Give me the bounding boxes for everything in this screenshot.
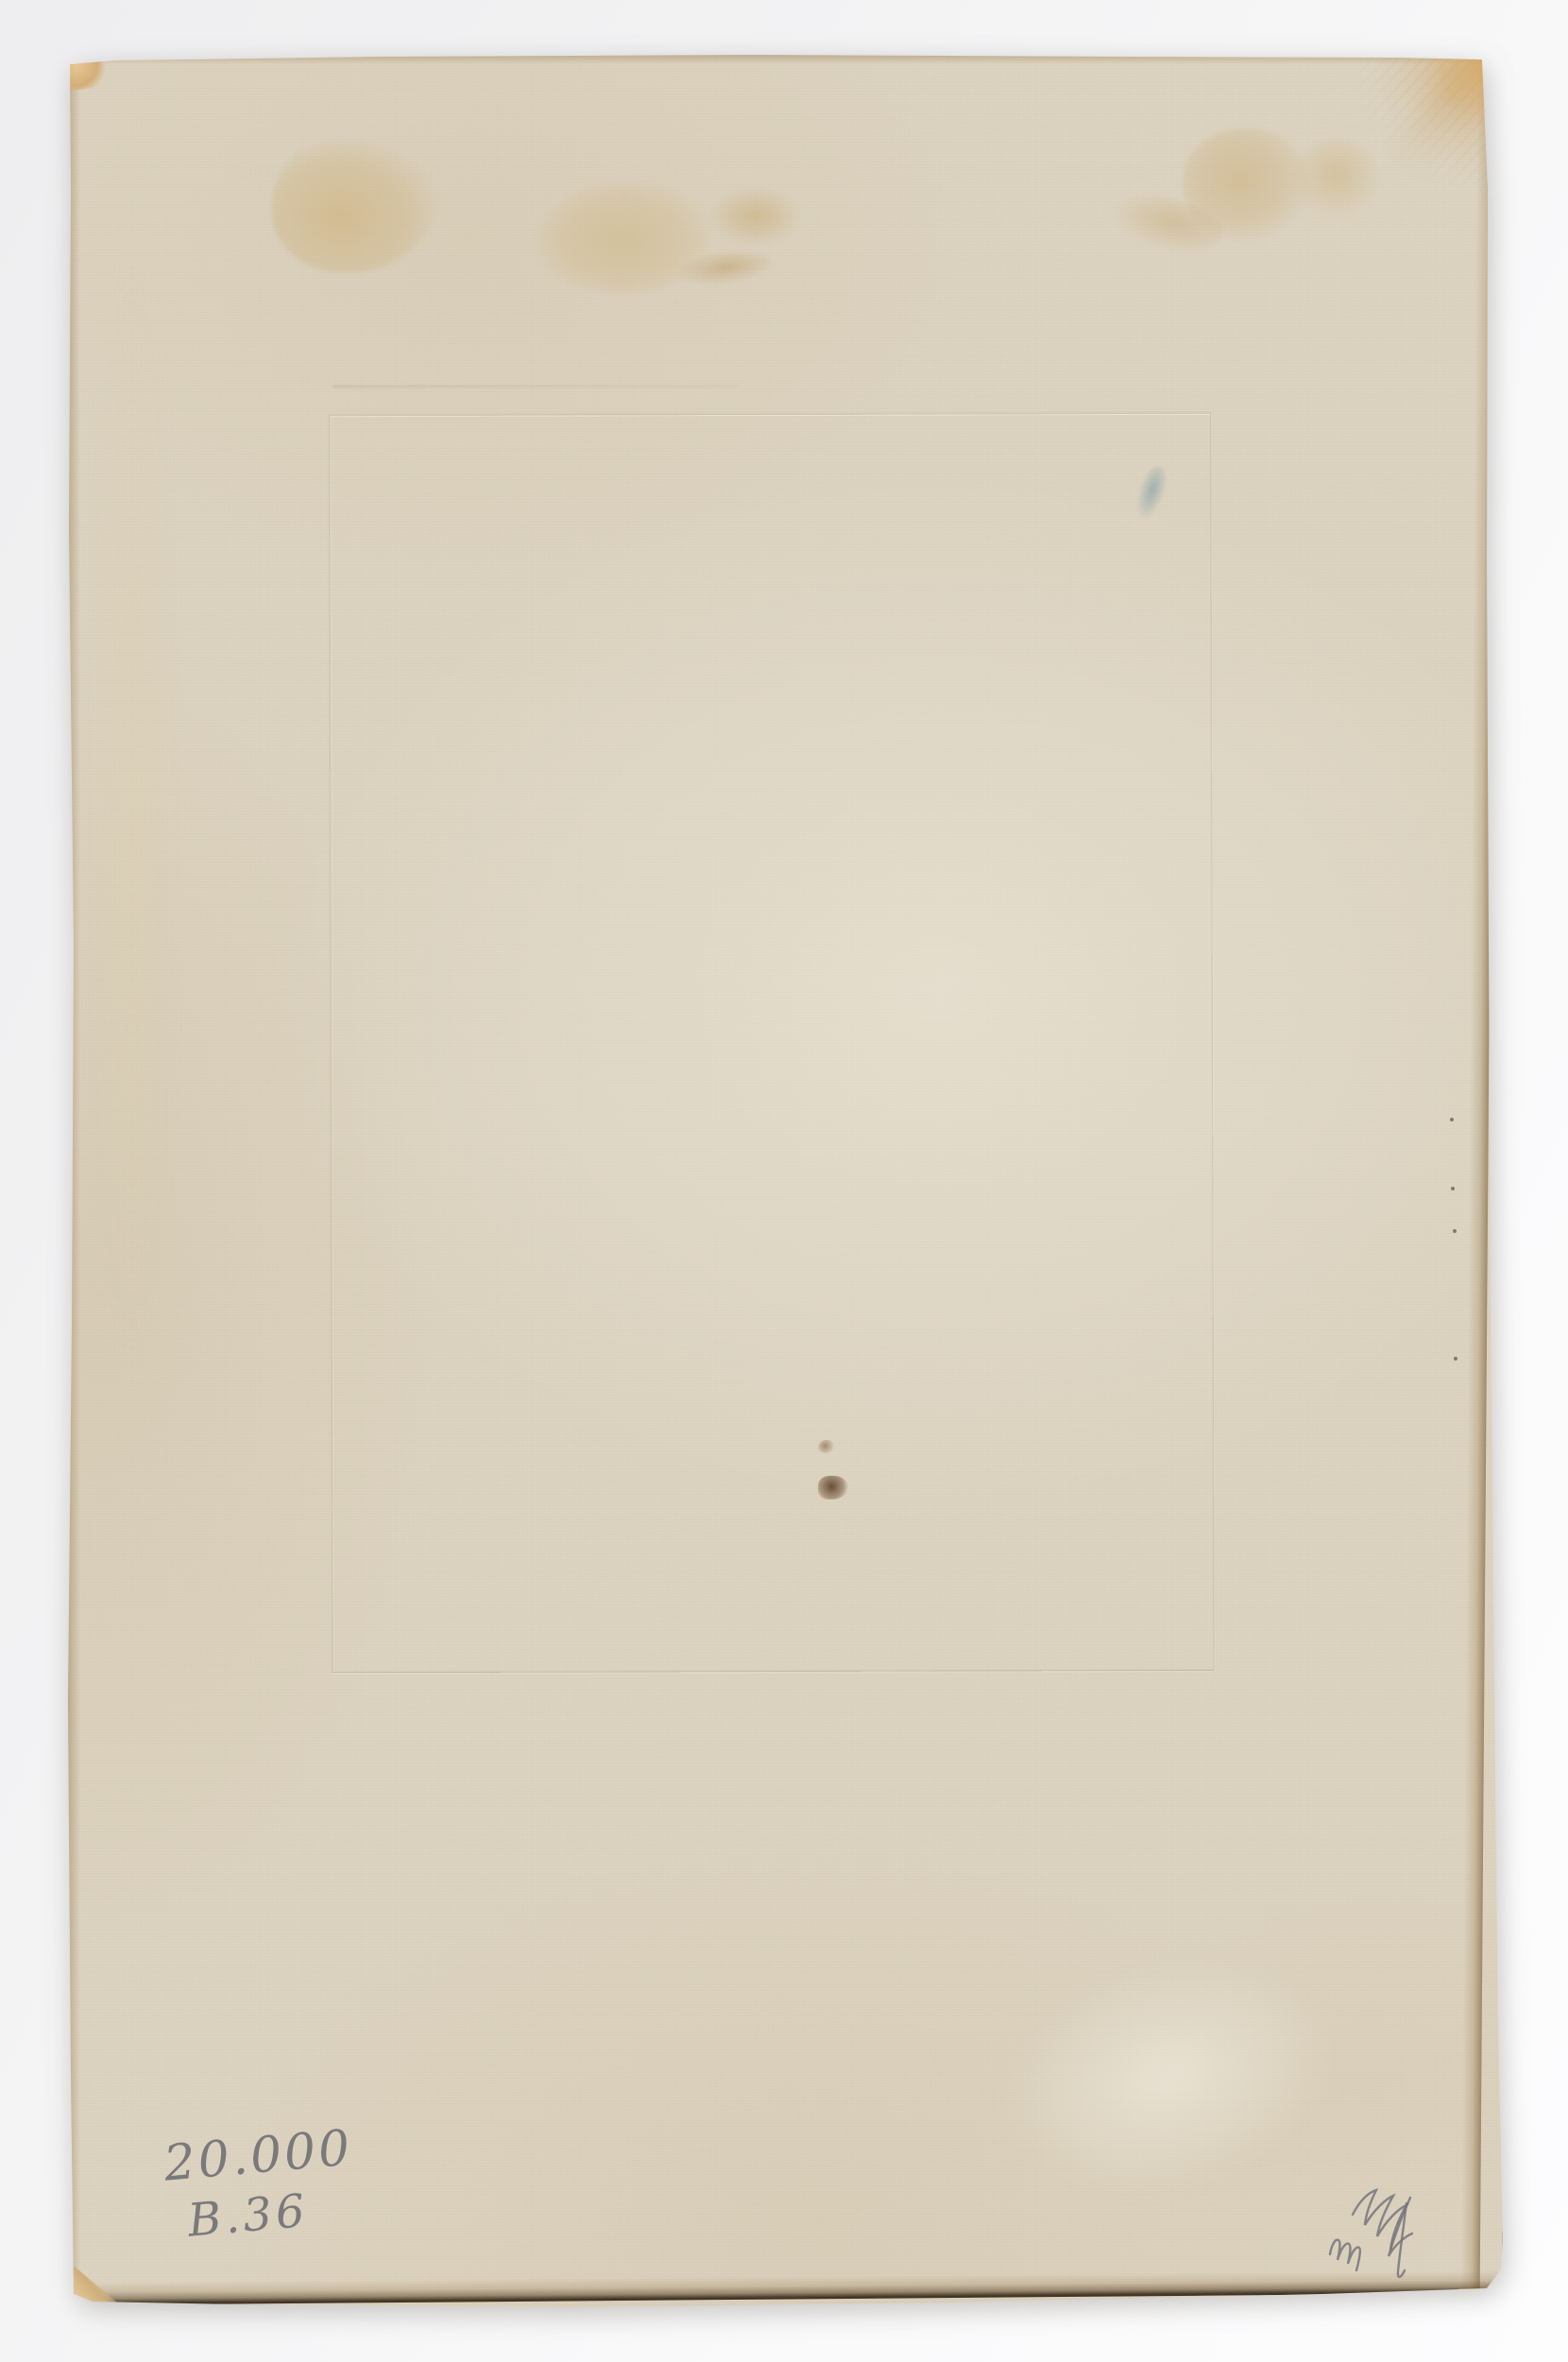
dirt-speck (1454, 1357, 1457, 1361)
dirt-speck (1453, 1229, 1457, 1233)
faint-crease-line (332, 385, 739, 387)
pale-discoloration-band (87, 265, 177, 1351)
card-left-edge (66, 59, 80, 2300)
card-shadow-wrapper: 20.000 B.36 (0, 0, 1568, 2362)
glue-stain-middle-lobe (710, 187, 800, 246)
card-top-edge (68, 52, 1487, 64)
pencil-inscription: 20.000 B.36 (162, 2120, 360, 2250)
paper-card-verso: 20.000 B.36 (0, 0, 1568, 2362)
dirt-speck (1450, 1118, 1454, 1121)
dirt-speck (1451, 1187, 1455, 1190)
monogram-squiggle (1319, 2171, 1446, 2289)
glue-stain-right-lobe (1292, 140, 1379, 217)
photo-backdrop: 20.000 B.36 (0, 0, 1568, 2362)
plate-mark-emboss (329, 413, 1214, 1673)
corner-wear-bottom-right (1458, 2232, 1507, 2293)
